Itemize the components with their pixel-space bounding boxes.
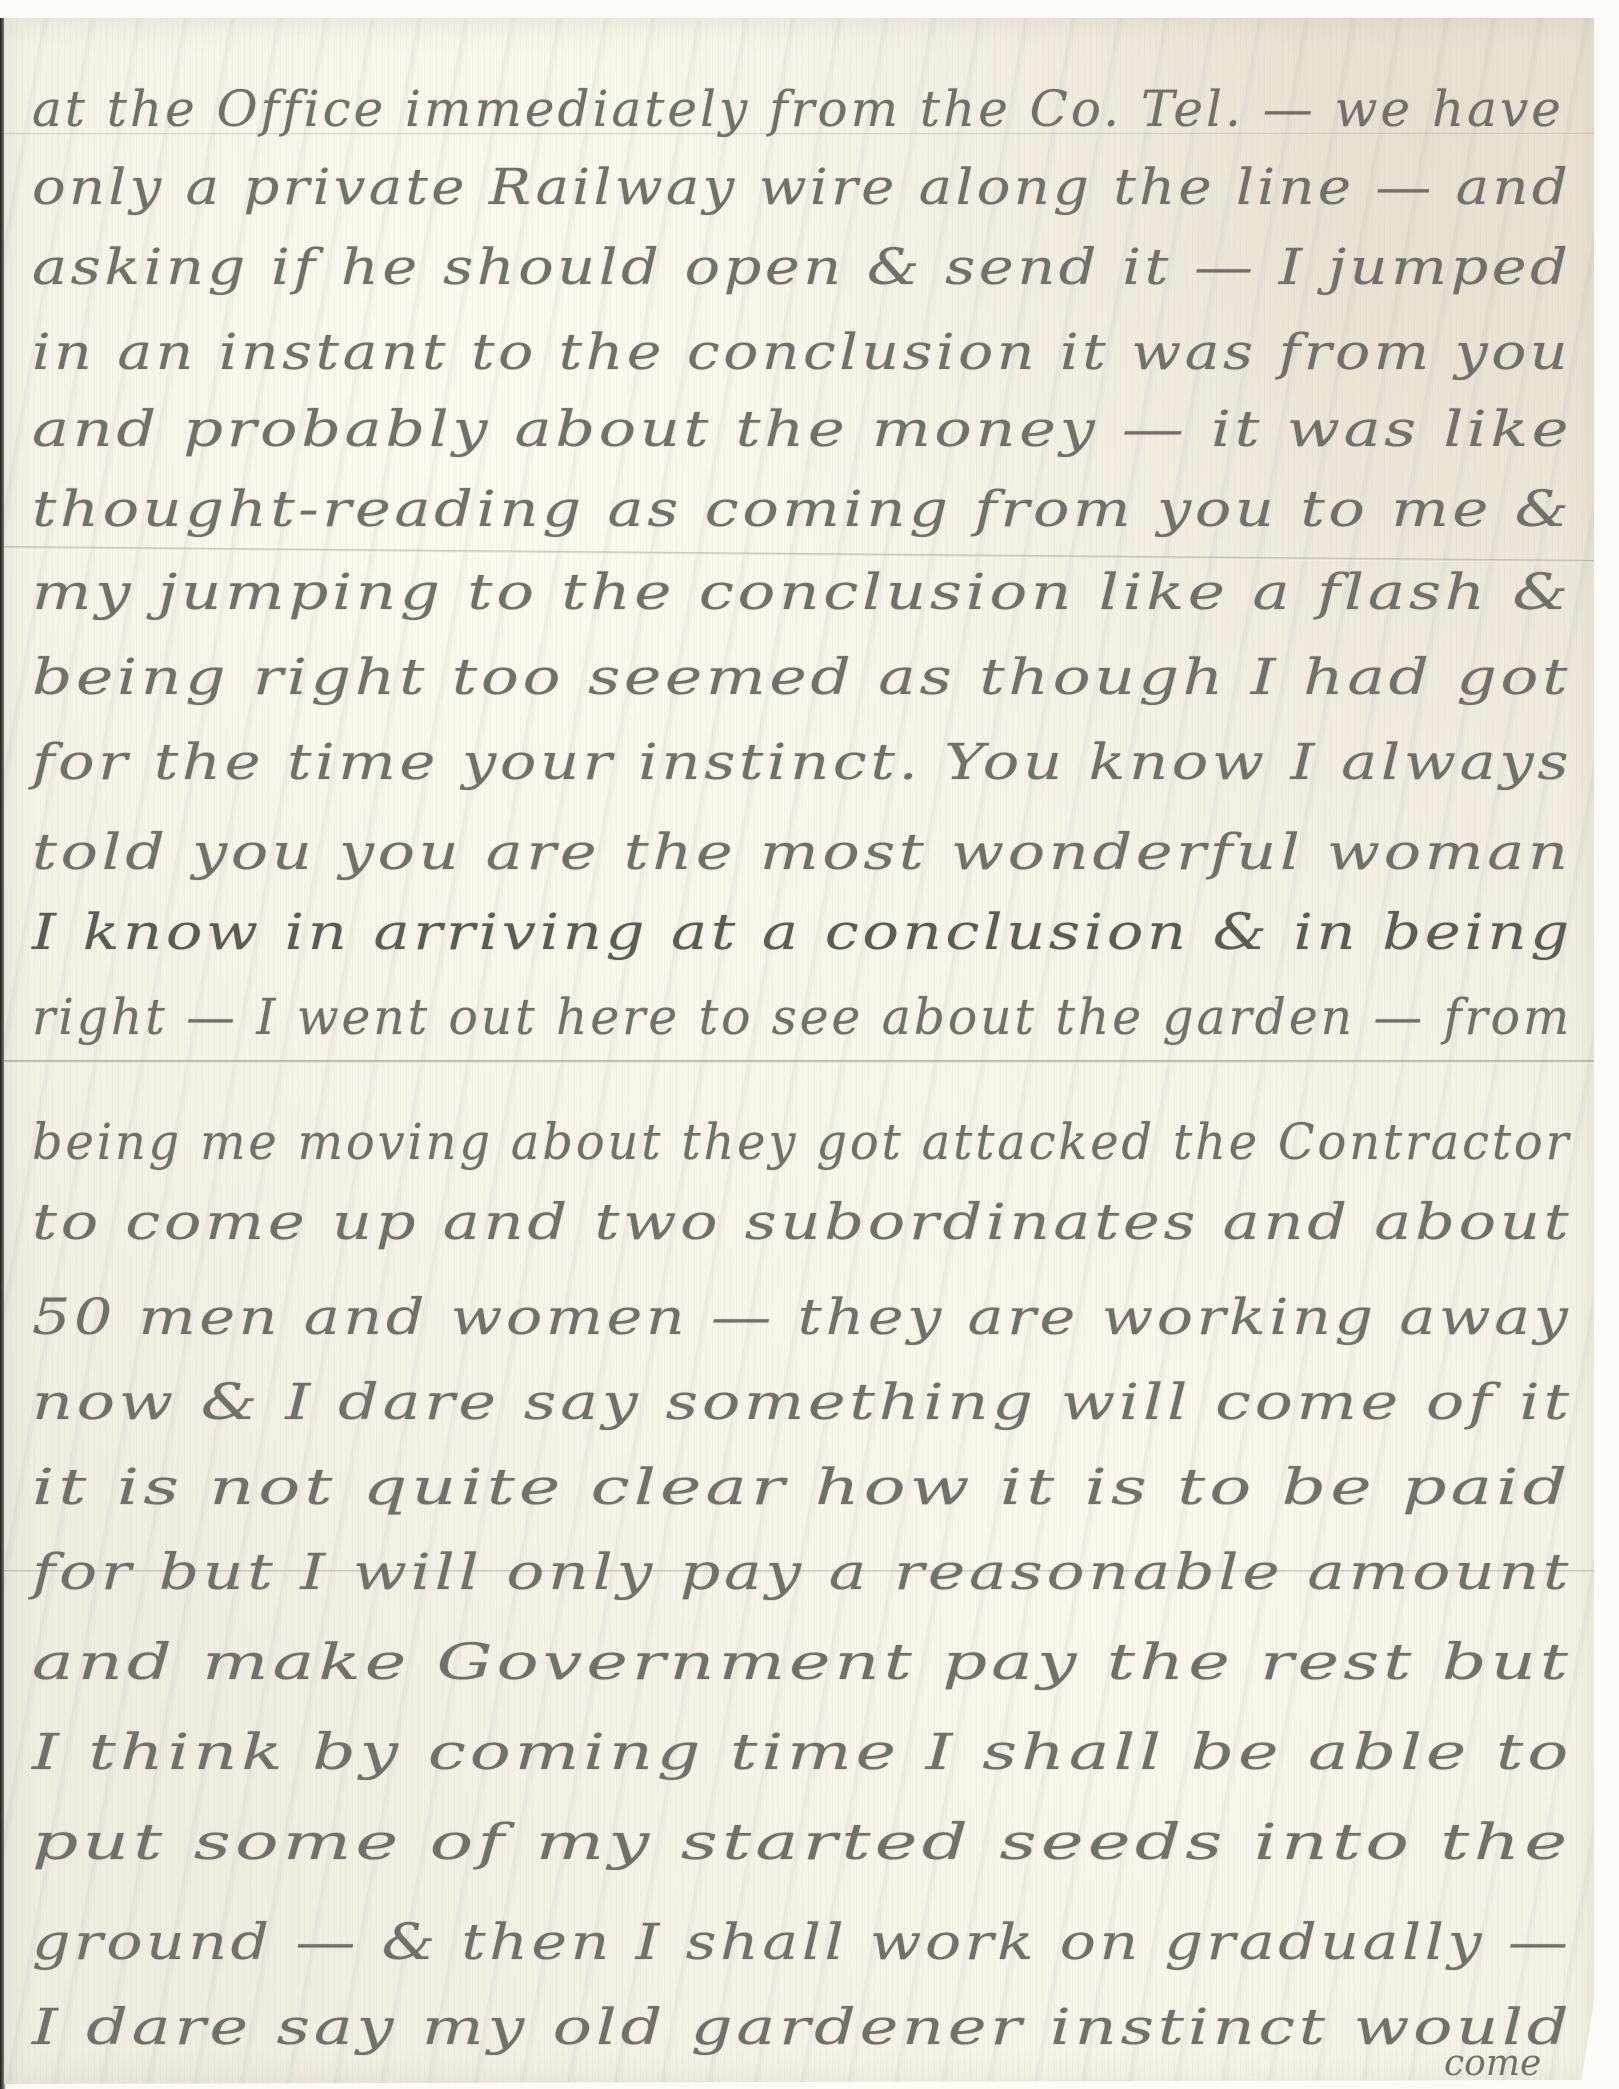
upper-fold-line bbox=[4, 546, 1594, 563]
handwritten-line-17: it is not quite clear how it is to be pa… bbox=[32, 1458, 1571, 1516]
handwritten-line-1: at the Office immediately from the Co. T… bbox=[32, 80, 1572, 138]
letter-page: at the Office immediately from the Co. T… bbox=[4, 18, 1594, 2084]
handwritten-line-22: ground — & then I shall work on graduall… bbox=[32, 1913, 1571, 1971]
catchword: come bbox=[1444, 2043, 1541, 2084]
handwritten-line-14: to come up and two subordinates and abou… bbox=[32, 1193, 1572, 1251]
handwritten-line-18: for but I will only pay a reasonable amo… bbox=[32, 1543, 1572, 1601]
center-fold-line bbox=[4, 1060, 1594, 1064]
handwritten-line-15: 50 men and women — they are working away bbox=[32, 1288, 1571, 1346]
handwritten-line-9: for the time your instinct. You know I a… bbox=[32, 733, 1572, 791]
handwritten-line-8: being right too seemed as though I had g… bbox=[32, 648, 1571, 706]
handwritten-line-5: and probably about the money — it was li… bbox=[32, 400, 1572, 458]
handwritten-line-19: and make Government pay the rest but bbox=[32, 1633, 1572, 1691]
handwritten-line-11: I know in arriving at a conclusion & in … bbox=[32, 903, 1573, 961]
handwritten-line-7: my jumping to the conclusion like a flas… bbox=[32, 563, 1572, 621]
handwritten-line-21: put some of my started seeds into the bbox=[32, 1813, 1571, 1871]
handwritten-line-23: I dare say my old gardener instinct woul… bbox=[32, 1998, 1572, 2056]
handwritten-line-10: told you you are the most wonderful woma… bbox=[32, 823, 1572, 881]
handwritten-line-2: only a private Railway wire along the li… bbox=[32, 158, 1571, 216]
handwritten-line-6: thought-reading as coming from you to me… bbox=[32, 480, 1572, 538]
handwritten-line-16: now & I dare say something will come of … bbox=[32, 1373, 1573, 1431]
handwritten-line-12: right — I went out here to see about the… bbox=[32, 988, 1572, 1046]
handwritten-line-4: in an instant to the conclusion it was f… bbox=[32, 323, 1571, 381]
handwritten-line-20: I think by coming time I shall be able t… bbox=[32, 1723, 1572, 1781]
handwritten-line-3: asking if he should open & send it — I j… bbox=[32, 238, 1571, 296]
handwritten-line-13: being me moving about they got attacked … bbox=[32, 1113, 1571, 1171]
